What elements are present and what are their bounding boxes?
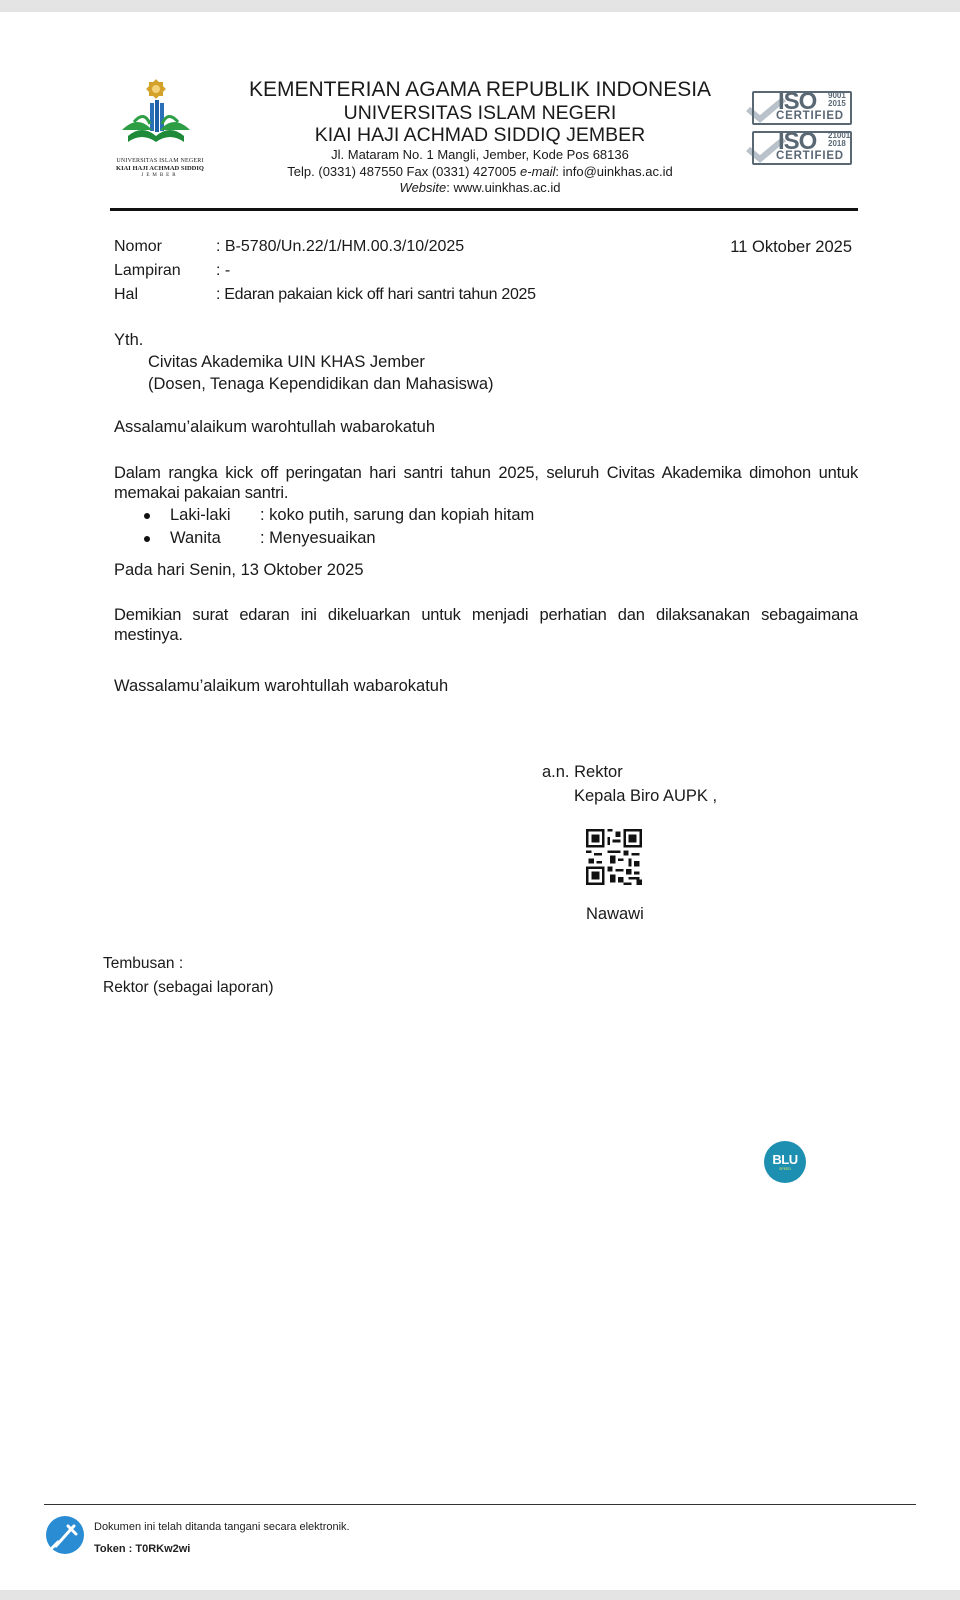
bullet-icon	[144, 513, 150, 519]
contact-line: Telp. (0331) 487550 Fax (0331) 427005 e-…	[230, 163, 730, 180]
dress-code-label: Laki-laki	[170, 506, 231, 525]
blu-badge: BLU SPEED	[764, 1141, 806, 1183]
logo-caption-line1: UNIVERSITAS ISLAM NEGERI	[108, 158, 212, 164]
viewer-bottom-bar	[0, 1590, 960, 1600]
website-value: : www.uinkhas.ac.id	[446, 180, 560, 195]
recipient-salutation: Yth.	[114, 331, 143, 350]
iso-9001-badge: ISO 90012015 CERTIFIED	[752, 91, 852, 125]
logo-caption-line3: JEMBER	[108, 173, 212, 178]
letterhead-divider	[110, 208, 858, 211]
iso-standard: 210012018	[828, 132, 850, 148]
bullet-icon	[144, 536, 150, 542]
footer-divider	[44, 1504, 916, 1505]
recipient-line2: (Dosen, Tenaga Kependidikan dan Mahasisw…	[148, 375, 494, 394]
letterhead: KEMENTERIAN AGAMA REPUBLIK INDONESIA UNI…	[230, 78, 730, 196]
lampiran-value: : -	[216, 262, 230, 280]
ministry-name: KEMENTERIAN AGAMA REPUBLIK INDONESIA	[230, 78, 730, 102]
university-name-line2: KIAI HAJI ACHMAD SIDDIQ JEMBER	[230, 124, 730, 147]
university-name-line1: UNIVERSITAS ISLAM NEGERI	[230, 102, 730, 124]
hal-label: Hal	[114, 286, 138, 304]
lampiran-label: Lampiran	[114, 262, 181, 280]
blu-badge-subtext: SPEED	[764, 1167, 806, 1171]
body-paragraph-1: Dalam rangka kick off peringatan hari sa…	[114, 463, 858, 503]
pen-signature-icon	[46, 1516, 84, 1554]
phone-fax: Telp. (0331) 487550 Fax (0331) 427005	[287, 164, 520, 179]
iso-21001-badge: ISO 210012018 CERTIFIED	[752, 131, 852, 165]
closing-greeting: Wassalamu’alaikum warohtullah wabarokatu…	[114, 677, 448, 696]
event-day: Pada hari Senin, 13 Oktober 2025	[114, 561, 364, 580]
signature-on-behalf: a.n. Rektor	[542, 763, 623, 782]
blu-badge-text: BLU	[764, 1152, 806, 1167]
iso-certified-label: CERTIFIED	[776, 150, 844, 162]
hal-value: : Edaran pakaian kick off hari santri ta…	[216, 286, 536, 304]
dress-code-value: : Menyesuaikan	[260, 529, 376, 548]
uin-emblem-icon	[108, 70, 212, 158]
email-value: : info@uinkhas.ac.id	[555, 164, 672, 179]
letter-date: 11 Oktober 2025	[730, 238, 852, 257]
recipient-line1: Civitas Akademika UIN KHAS Jember	[148, 353, 425, 372]
tembusan-label: Tembusan :	[103, 955, 183, 973]
website-label: Website	[400, 180, 447, 195]
email-label: e-mail	[520, 164, 555, 179]
body-paragraph-2: Demikian surat edaran ini dikeluarkan un…	[114, 605, 858, 645]
qr-code-icon	[586, 829, 642, 885]
address: Jl. Mataram No. 1 Mangli, Jember, Kode P…	[230, 147, 730, 163]
university-logo: UNIVERSITAS ISLAM NEGERI KIAI HAJI ACHMA…	[108, 70, 212, 188]
signature-position: Kepala Biro AUPK ,	[574, 787, 717, 806]
viewer-top-bar	[0, 0, 960, 12]
website-line: Website: www.uinkhas.ac.id	[230, 180, 730, 196]
iso-certified-label: CERTIFIED	[776, 110, 844, 122]
iso-standard: 90012015	[828, 92, 846, 108]
dress-code-label: Wanita	[170, 529, 221, 548]
nomor-value: : B-5780/Un.22/1/HM.00.3/10/2025	[216, 238, 464, 256]
opening-greeting: Assalamu’alaikum warohtullah wabarokatuh	[114, 418, 435, 437]
dress-code-value: : koko putih, sarung dan kopiah hitam	[260, 506, 534, 525]
signatory-name: Nawawi	[586, 905, 644, 924]
signature-token: Token : T0RKw2wi	[94, 1543, 190, 1555]
nomor-label: Nomor	[114, 238, 162, 256]
e-signature-notice: Dokumen ini telah ditanda tangani secara…	[94, 1521, 350, 1533]
logo-caption-line2: KIAI HAJI ACHMAD SIDDIQ	[108, 165, 212, 172]
tembusan-item: Rektor (sebagai laporan)	[103, 979, 274, 997]
